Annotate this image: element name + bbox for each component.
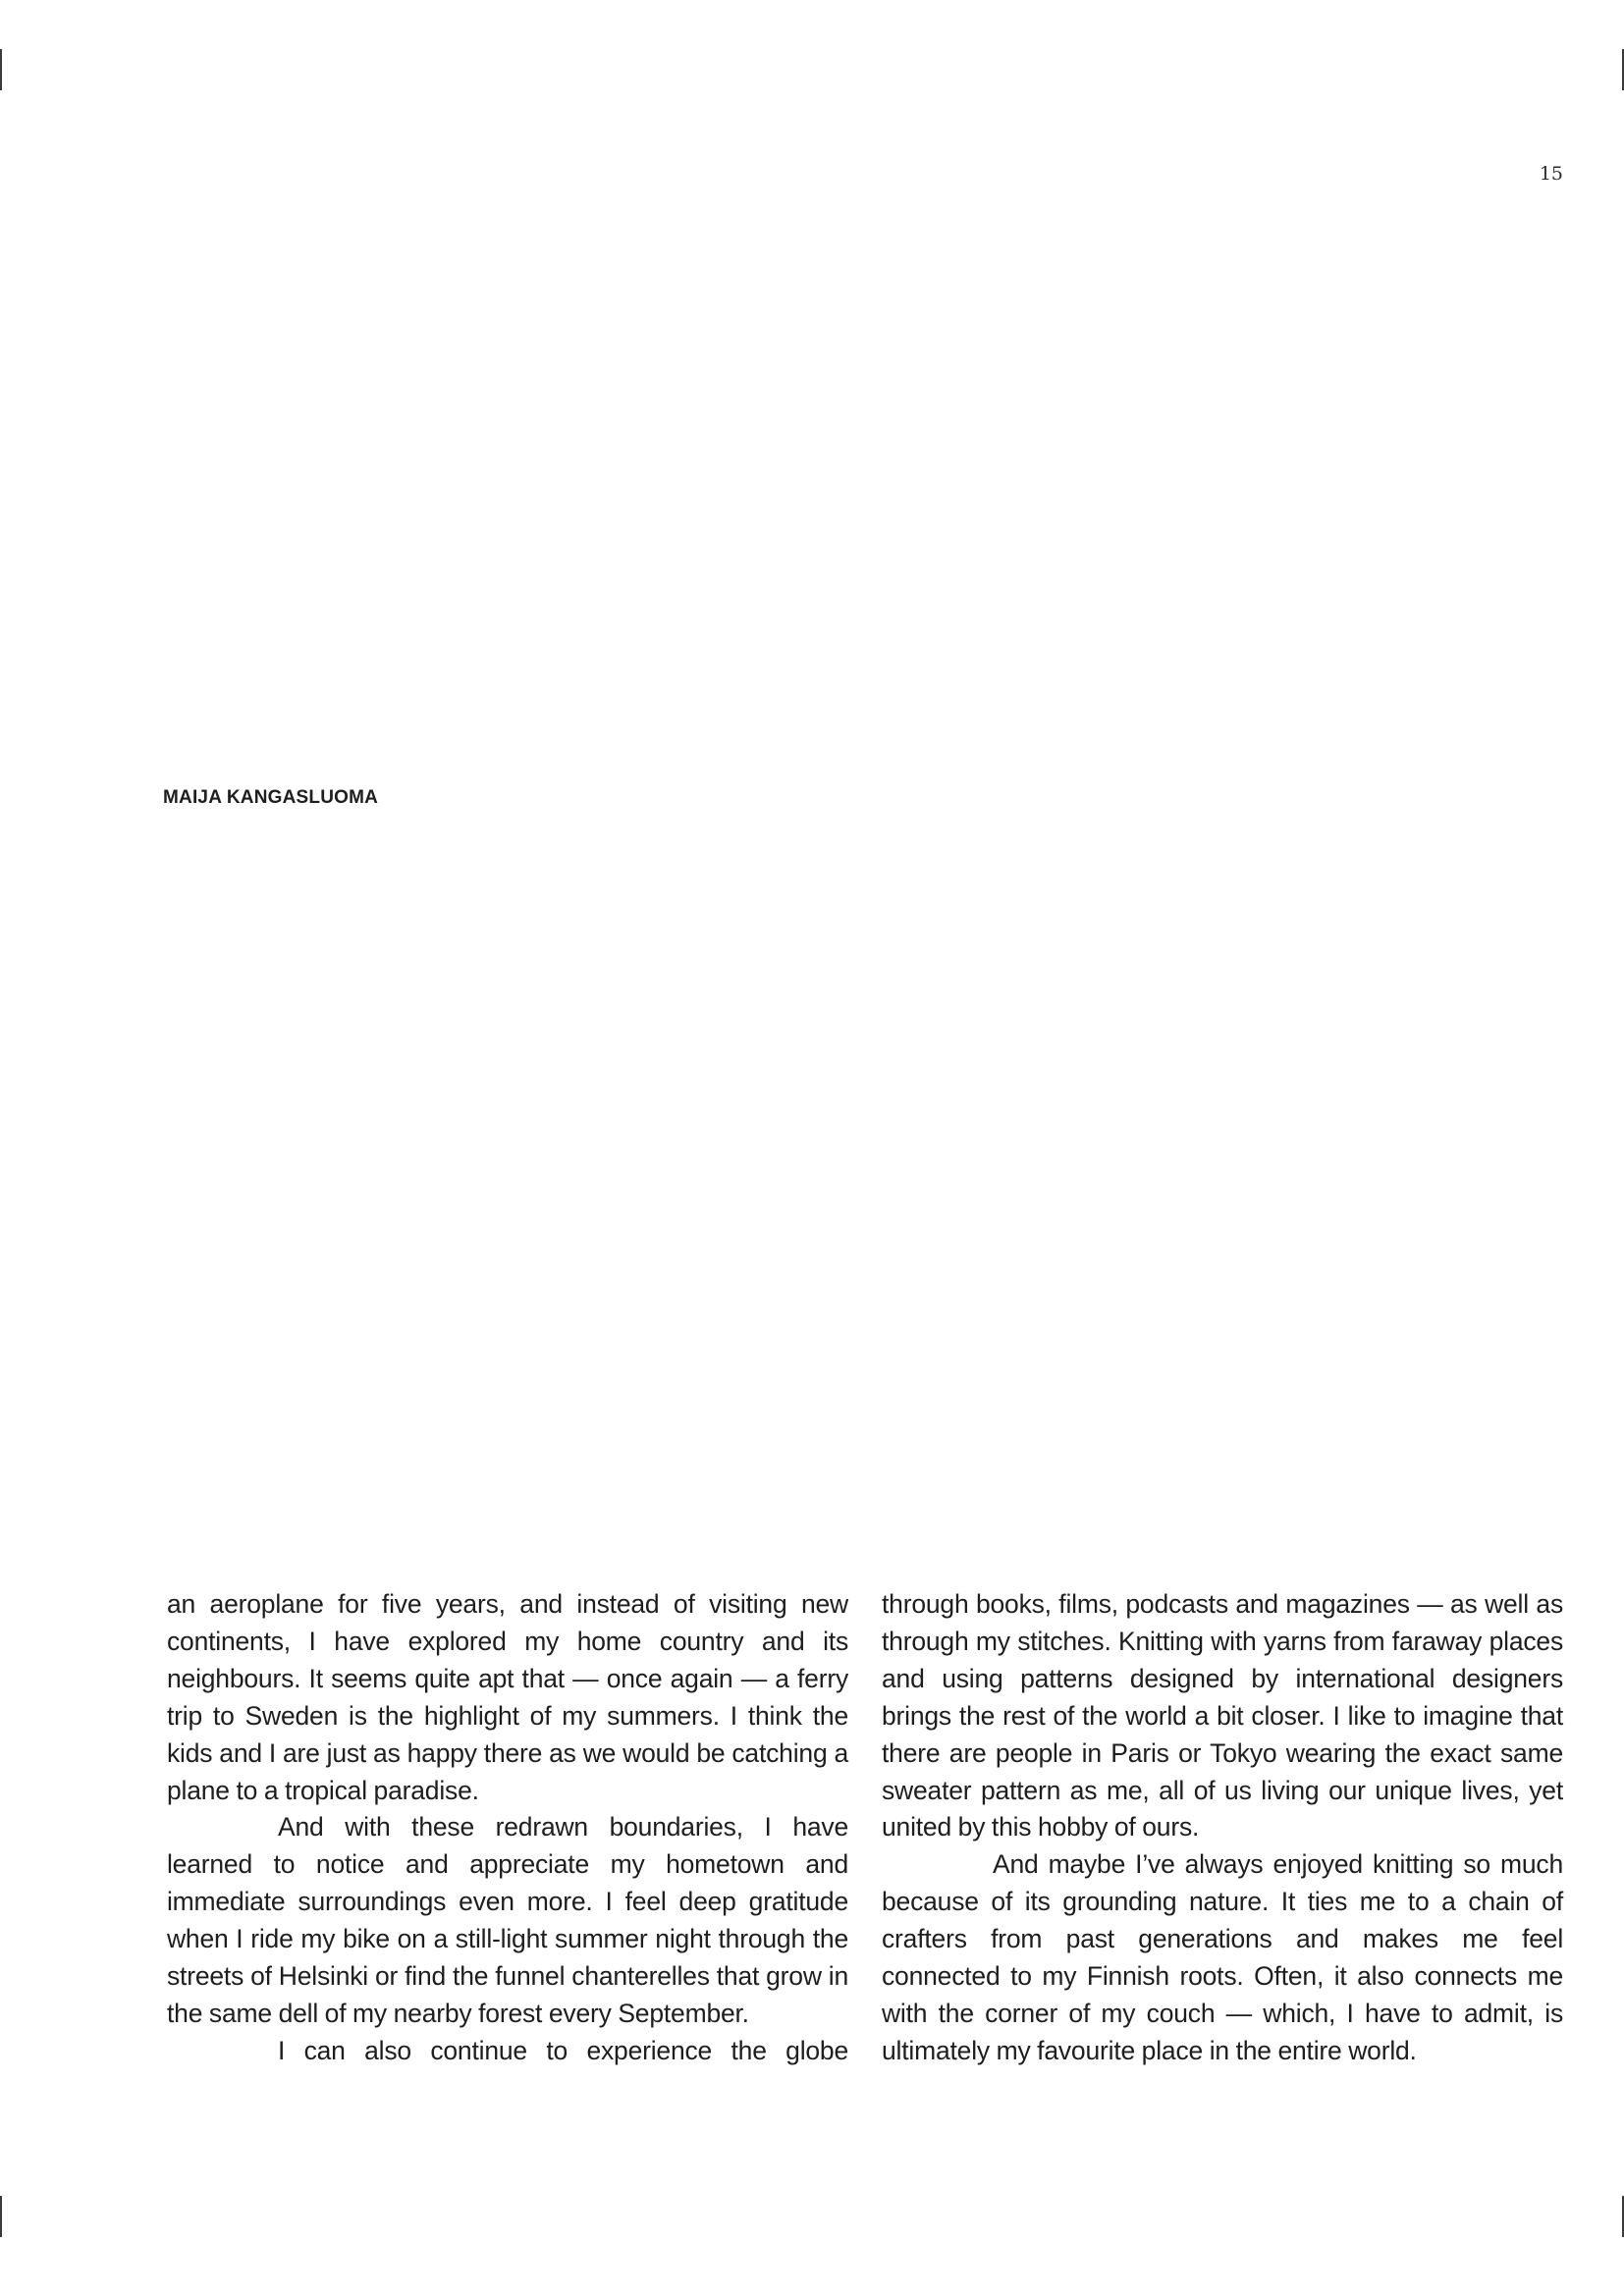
crop-mark-bottom-left <box>0 2196 2 2237</box>
paragraph: an aeroplane for five years, and instead… <box>167 1586 848 1809</box>
paragraph: And maybe I’ve always enjoyed knitting s… <box>882 1846 1563 2069</box>
paragraph: I can also continue to experience the gl… <box>167 2033 848 2070</box>
paragraph: And with these redrawn boundaries, I hav… <box>167 1809 848 2032</box>
paragraph: through books, films, podcasts and magaz… <box>882 1586 1563 1846</box>
left-column: an aeroplane for five years, and instead… <box>167 1586 848 2070</box>
body-text: an aeroplane for five years, and instead… <box>167 1586 1563 2070</box>
right-column: through books, films, podcasts and magaz… <box>882 1586 1563 2070</box>
author-name: MAIJA KANGASLUOMA <box>163 787 378 809</box>
page-number: 15 <box>1540 163 1563 185</box>
crop-mark-top-left <box>0 49 2 90</box>
